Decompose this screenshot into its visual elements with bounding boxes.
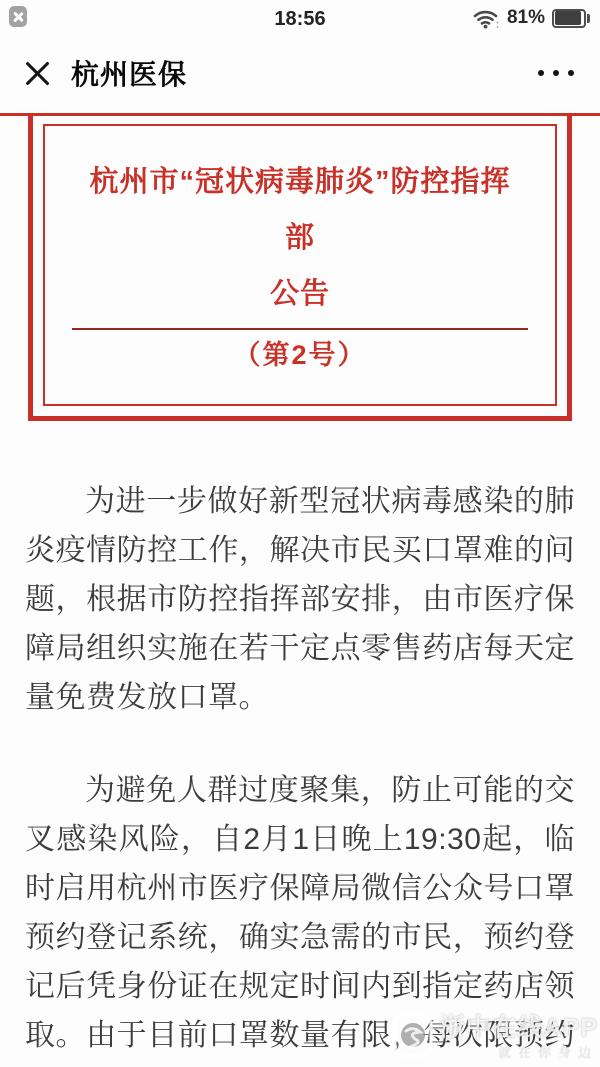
phone-screen: 18:56 81% 杭州医保 杭州市“冠状病毒肺炎”防控指挥 [0,0,600,1067]
paragraph-1: 为进一步做好新型冠状病毒感染的肺 炎疫情防控工作，解决市民买口罩难的问 题，根据… [25,477,575,722]
body-line: 记后凭身份证在规定时间内到指定药店领 [25,962,575,1011]
wifi-icon [473,8,500,29]
notice-divider [72,328,528,330]
body-line: 题，根据市防控指挥部安排，由市医疗保 [25,575,575,624]
article-body: 为进一步做好新型冠状病毒感染的肺 炎疫情防控工作，解决市民买口罩难的问 题，根据… [0,421,600,1060]
notice-inner-frame: 杭州市“冠状病毒肺炎”防控指挥 部 公告 （第2号） [43,124,557,406]
body-line: 取。由于目前口罩数量有限，每次限预约 [25,1011,575,1060]
paragraph-2: 为避免人群过度聚集，防止可能的交 叉感染风险，自2月1日晚上19:30起，临 时… [25,766,575,1060]
battery-percent: 81% [507,7,545,29]
close-icon[interactable] [24,60,51,87]
notice-title-line: 公告 [57,266,543,322]
notice-issue-number: （第2号） [57,334,543,376]
body-line: 为避免人群过度聚集，防止可能的交 [25,766,575,815]
app-header: 杭州医保 [0,36,600,110]
page-title: 杭州医保 [71,53,187,93]
body-line: 时启用杭州市医疗保障局微信公众号口罩 [25,864,575,913]
body-line: 量免费发放口罩。 [25,673,575,722]
body-line: 叉感染风险，自2月1日晚上19:30起，临 [25,815,575,864]
body-line: 为进一步做好新型冠状病毒感染的肺 [25,477,575,526]
notice-title-line: 杭州市“冠状病毒肺炎”防控指挥 [57,154,543,210]
announcement-image[interactable]: 杭州市“冠状病毒肺炎”防控指挥 部 公告 （第2号） [0,113,600,421]
body-line: 预约登记系统，确实急需的市民，预约登 [25,913,575,962]
notice-title-line: 部 [57,210,543,266]
status-bar: 18:56 81% [0,0,600,36]
body-line: 炎疫情防控工作，解决市民买口罩难的问 [25,526,575,575]
notice-outer-frame: 杭州市“冠状病毒肺炎”防控指挥 部 公告 （第2号） [28,116,572,421]
battery-icon [552,9,590,28]
more-menu-icon[interactable] [536,64,576,82]
body-line: 障局组织实施在若干定点零售药店每天定 [25,624,575,673]
